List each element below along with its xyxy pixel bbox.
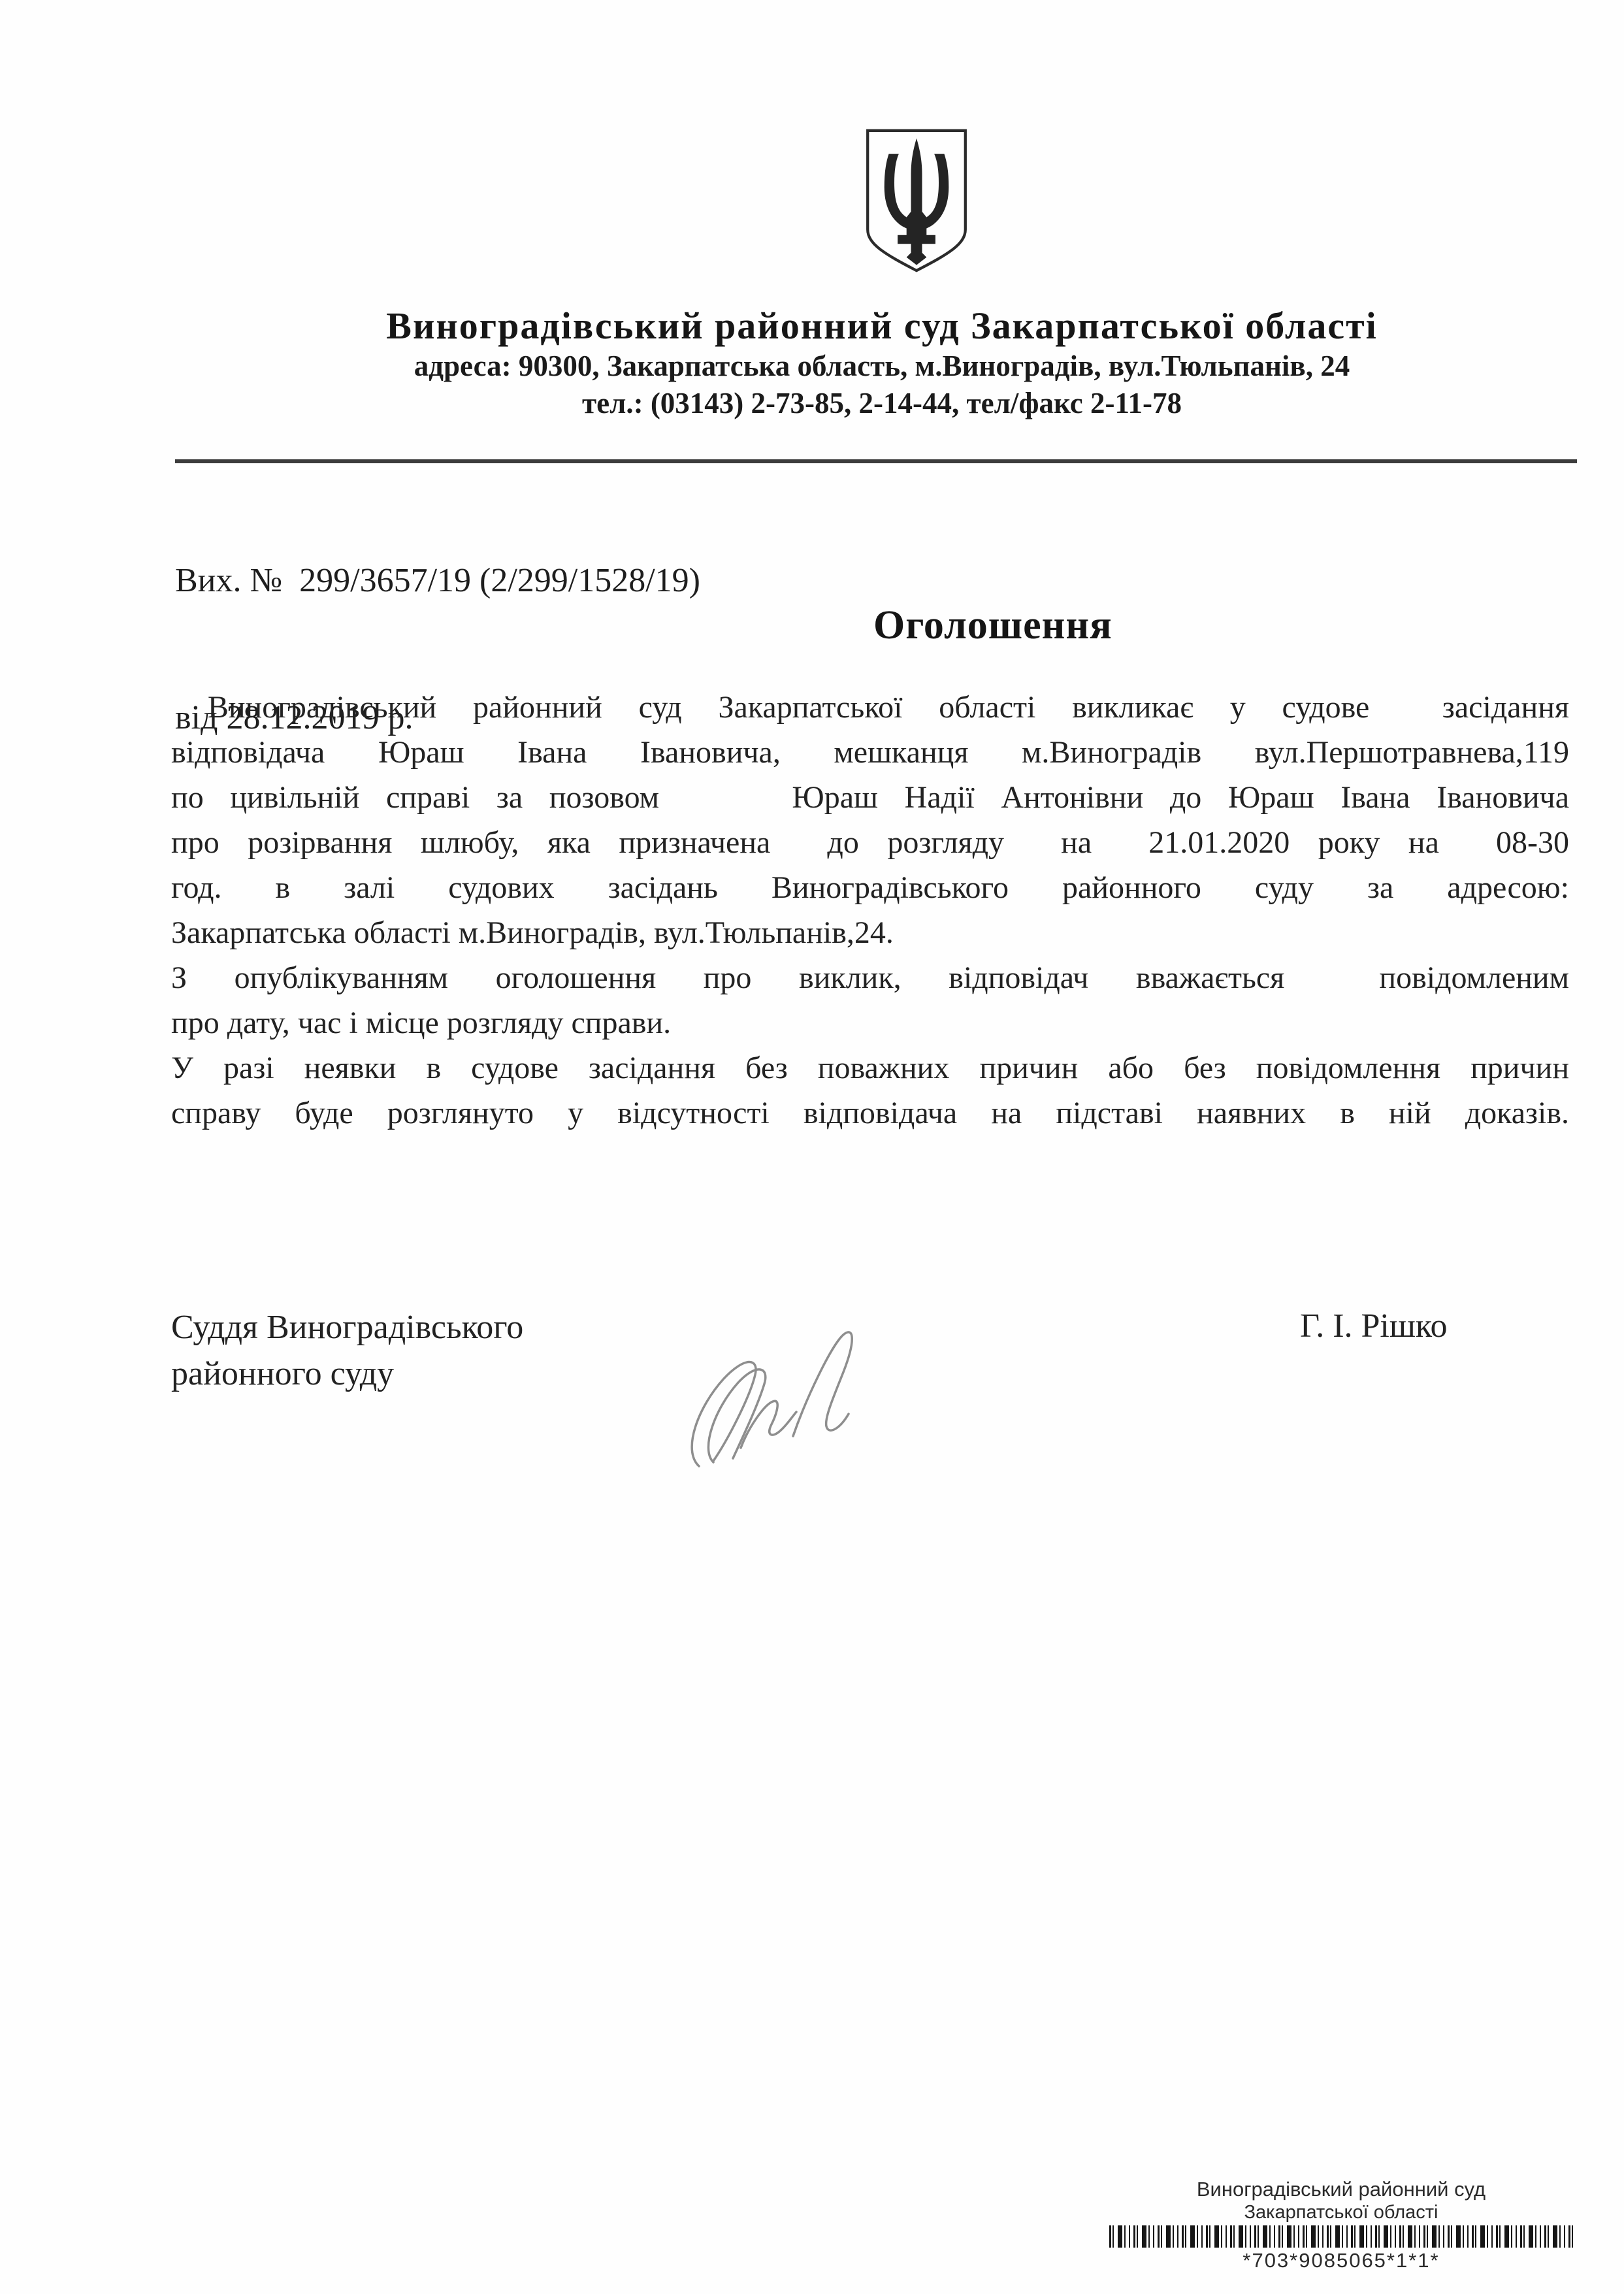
outgoing-number: Вих. № 299/3657/19 (2/299/1528/19) xyxy=(175,558,700,604)
signer-role: Суддя Виноградівського районного суду xyxy=(171,1304,523,1397)
document-title: Оголошення xyxy=(873,602,1112,649)
body-line: справу буде розглянуто у відсутності від… xyxy=(171,1090,1569,1136)
court-phone: тел.: (03143) 2-73-85, 2-14-44, тел/факс… xyxy=(235,385,1529,422)
signer-role-line2: районного суду xyxy=(171,1351,523,1397)
court-name: Виноградівський районний суд Закарпатськ… xyxy=(235,304,1529,348)
registration-stamp: Виноградівський районний суд Закарпатськ… xyxy=(1109,2177,1574,2272)
letterhead-divider xyxy=(175,459,1577,463)
body-line: про розірвання шлюбу, яка призначена до … xyxy=(171,820,1569,865)
body-line: З опублікуванням оголошення про виклик, … xyxy=(171,955,1569,1000)
handwritten-signature xyxy=(681,1315,877,1478)
ukraine-trident-emblem xyxy=(861,126,972,275)
barcode-code39 xyxy=(1109,2225,1573,2248)
letterhead: Виноградівський районний суд Закарпатськ… xyxy=(235,304,1529,422)
body-line: У разі неявки в судове засідання без пов… xyxy=(171,1045,1569,1090)
signer-name: Г. І. Рішко xyxy=(1300,1307,1448,1345)
stamp-court-name: Виноградівський районний суд xyxy=(1109,2177,1574,2201)
barcode-value: *703*9085065*1*1* xyxy=(1109,2249,1574,2272)
body-line: год. в залі судових засідань Виноградівс… xyxy=(171,865,1569,910)
scanned-court-letter: Виноградівський районний суд Закарпатськ… xyxy=(0,0,1624,2294)
body-line: Закарпатська області м.Виноградів, вул.Т… xyxy=(171,910,1569,955)
body-line: відповідача Юраш Івана Івановича, мешкан… xyxy=(171,730,1569,775)
signer-role-line1: Суддя Виноградівського xyxy=(171,1304,523,1351)
body-line: про дату, час і місце розгляду справи. xyxy=(171,1000,1569,1045)
stamp-court-region: Закарпатської області xyxy=(1109,2201,1574,2223)
body-line: по цивільній справі за позовом Юраш Наді… xyxy=(171,775,1569,820)
body-line: Виноградівський районний суд Закарпатськ… xyxy=(171,685,1569,730)
court-address: адреса: 90300, Закарпатська область, м.В… xyxy=(235,348,1529,385)
announcement-body: Виноградівський районний суд Закарпатськ… xyxy=(171,685,1569,1136)
